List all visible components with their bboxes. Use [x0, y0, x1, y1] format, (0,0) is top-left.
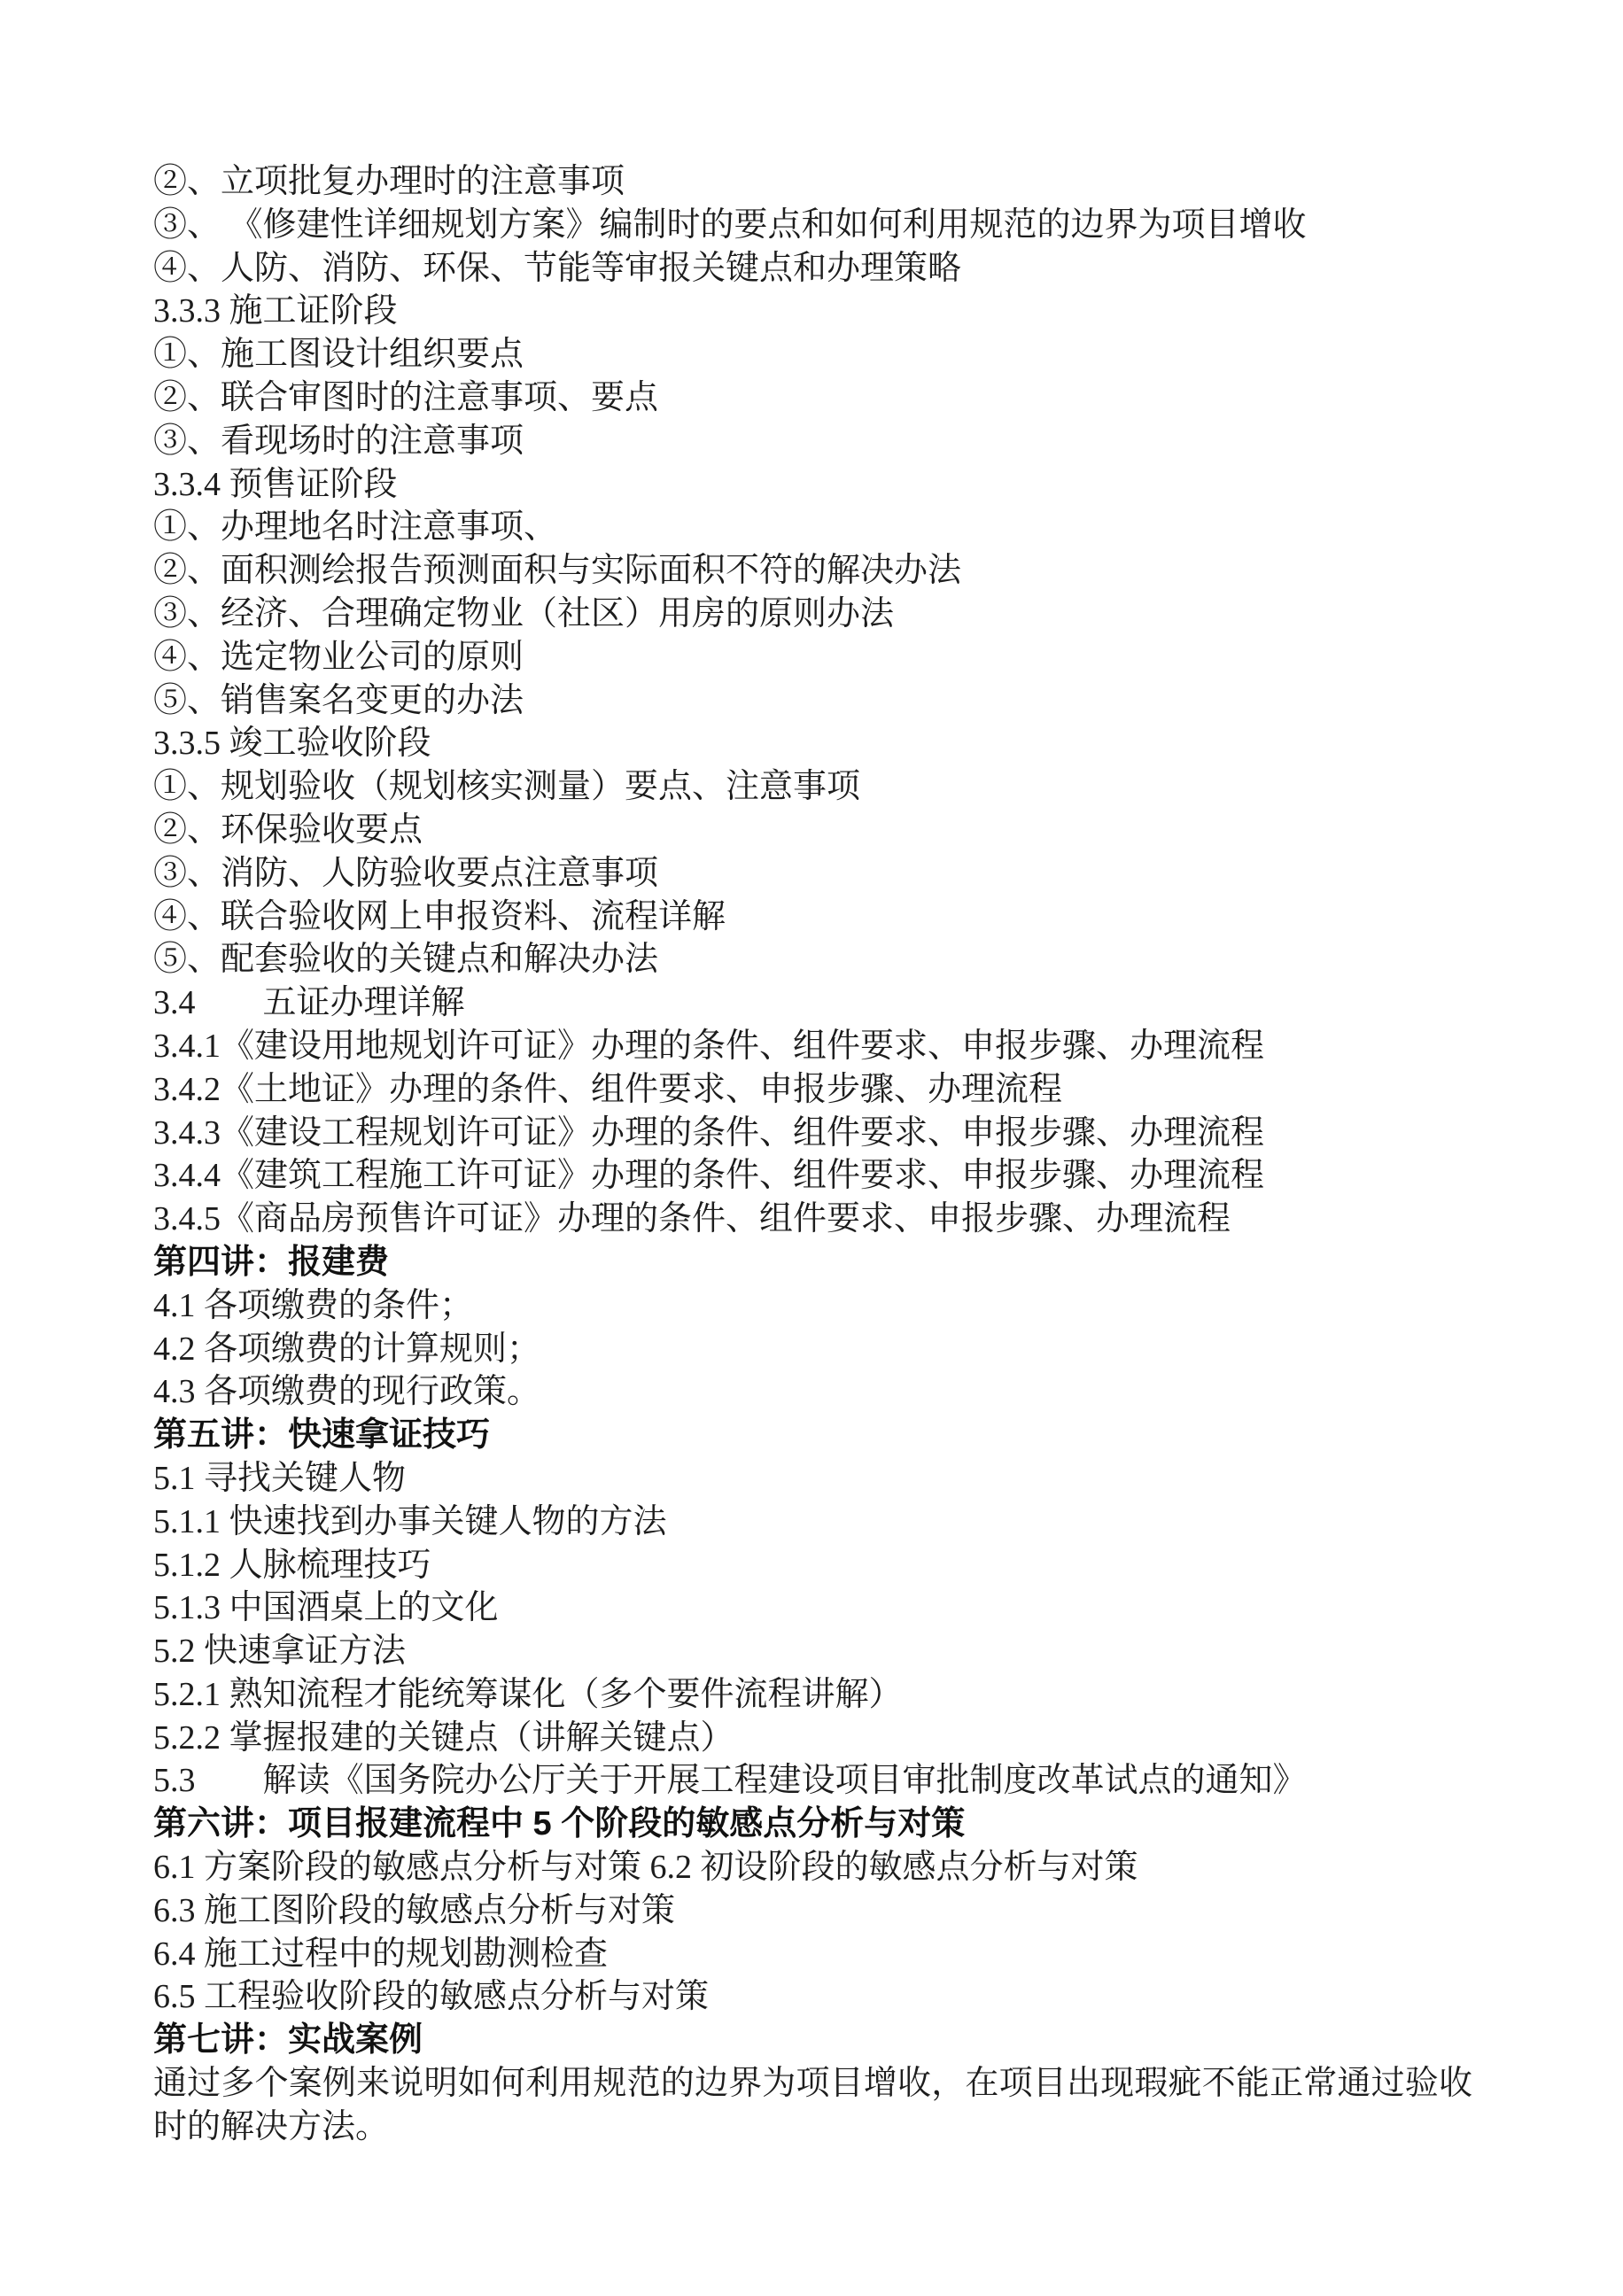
outline-line: ③、消防、人防验收要点注意事项: [153, 852, 1472, 896]
outline-line: ③、看现场时的注意事项: [153, 420, 1472, 463]
outline-line: 3.4.3《建设工程规划许可证》办理的条件、组件要求、申报步骤、办理流程: [153, 1112, 1472, 1155]
outline-line: 4.1 各项缴费的条件；: [153, 1284, 1472, 1328]
outline-line: 5.1.1 快速找到办事关键人物的方法: [153, 1501, 1472, 1544]
outline-line: ②、面积测绘报告预测面积与实际面积不符的解决办法: [153, 549, 1472, 593]
outline-line: ④、人防、消防、环保、节能等审报关键点和办理策略: [153, 247, 1472, 291]
outline-line: 6.4 施工过程中的规划勘测检查: [153, 1933, 1472, 1976]
outline-line: ②、联合审图时的注意事项、要点: [153, 376, 1472, 420]
outline-line: 3.3.3 施工证阶段: [153, 290, 1472, 333]
body-paragraph: 通过多个案例来说明如何利用规范的边界为项目增收，在项目出现瑕疵不能正常通过验收时…: [153, 2062, 1472, 2149]
outline-line: ⑤、配套验收的关键点和解决办法: [153, 938, 1472, 981]
outline-line: ③、经济、合理确定物业（社区）用房的原则办法: [153, 593, 1472, 636]
outline-line: ③、 《修建性详细规划方案》编制时的要点和如何利用规范的边界为项目增收: [153, 204, 1472, 247]
outline-line: 4.2 各项缴费的计算规则；: [153, 1328, 1472, 1371]
outline-line: ⑤、销售案名变更的办法: [153, 679, 1472, 723]
outline-line: 6.1 方案阶段的敏感点分析与对策 6.2 初设阶段的敏感点分析与对策: [153, 1846, 1472, 1889]
document-lines: ②、立项批复办理时的注意事项③、 《修建性详细规划方案》编制时的要点和如何利用规…: [153, 160, 1472, 2149]
outline-line: ④、选定物业公司的原则: [153, 636, 1472, 679]
outline-line: 5.1 寻找关键人物: [153, 1457, 1472, 1501]
section-heading: 第六讲：项目报建流程中 5 个阶段的敏感点分析与对策: [153, 1803, 1472, 1846]
outline-line: 3.4 五证办理详解: [153, 981, 1472, 1025]
outline-line: ①、办理地名时注意事项、: [153, 506, 1472, 549]
outline-line: 5.2.1 熟知流程才能统筹谋化（多个要件流程讲解）: [153, 1673, 1472, 1717]
outline-line: 6.5 工程验收阶段的敏感点分析与对策: [153, 1975, 1472, 2019]
outline-line: 5.1.2 人脉梳理技巧: [153, 1544, 1472, 1587]
outline-line: 4.3 各项缴费的现行政策。: [153, 1370, 1472, 1414]
outline-line: 3.4.5《商品房预售许可证》办理的条件、组件要求、申报步骤、办理流程: [153, 1198, 1472, 1241]
outline-line: 5.1.3 中国酒桌上的文化: [153, 1586, 1472, 1630]
section-heading: 第七讲：实战案例: [153, 2019, 1472, 2062]
outline-line: 6.3 施工图阶段的敏感点分析与对策: [153, 1889, 1472, 1933]
outline-line: ①、规划验收（规划核实测量）要点、注意事项: [153, 765, 1472, 809]
outline-line: 3.4.2《土地证》办理的条件、组件要求、申报步骤、办理流程: [153, 1068, 1472, 1112]
section-heading: 第五讲：快速拿证技巧: [153, 1414, 1472, 1457]
outline-line: 5.3 解读《国务院办公厅关于开展工程建设项目审批制度改革试点的通知》: [153, 1759, 1472, 1803]
outline-line: 3.3.4 预售证阶段: [153, 463, 1472, 507]
outline-line: 3.4.4《建筑工程施工许可证》办理的条件、组件要求、申报步骤、办理流程: [153, 1154, 1472, 1198]
outline-line: ②、立项批复办理时的注意事项: [153, 160, 1472, 204]
outline-line: 5.2.2 掌握报建的关键点（讲解关键点）: [153, 1717, 1472, 1760]
outline-line: ④、联合验收网上申报资料、流程详解: [153, 896, 1472, 939]
outline-line: ②、环保验收要点: [153, 809, 1472, 852]
document-page: ②、立项批复办理时的注意事项③、 《修建性详细规划方案》编制时的要点和如何利用规…: [0, 0, 1623, 2296]
outline-line: 5.2 快速拿证方法: [153, 1630, 1472, 1673]
outline-line: ①、施工图设计组织要点: [153, 333, 1472, 376]
outline-line: 3.4.1《建设用地规划许可证》办理的条件、组件要求、申报步骤、办理流程: [153, 1025, 1472, 1068]
section-heading: 第四讲：报建费: [153, 1241, 1472, 1284]
outline-line: 3.3.5 竣工验收阶段: [153, 722, 1472, 765]
